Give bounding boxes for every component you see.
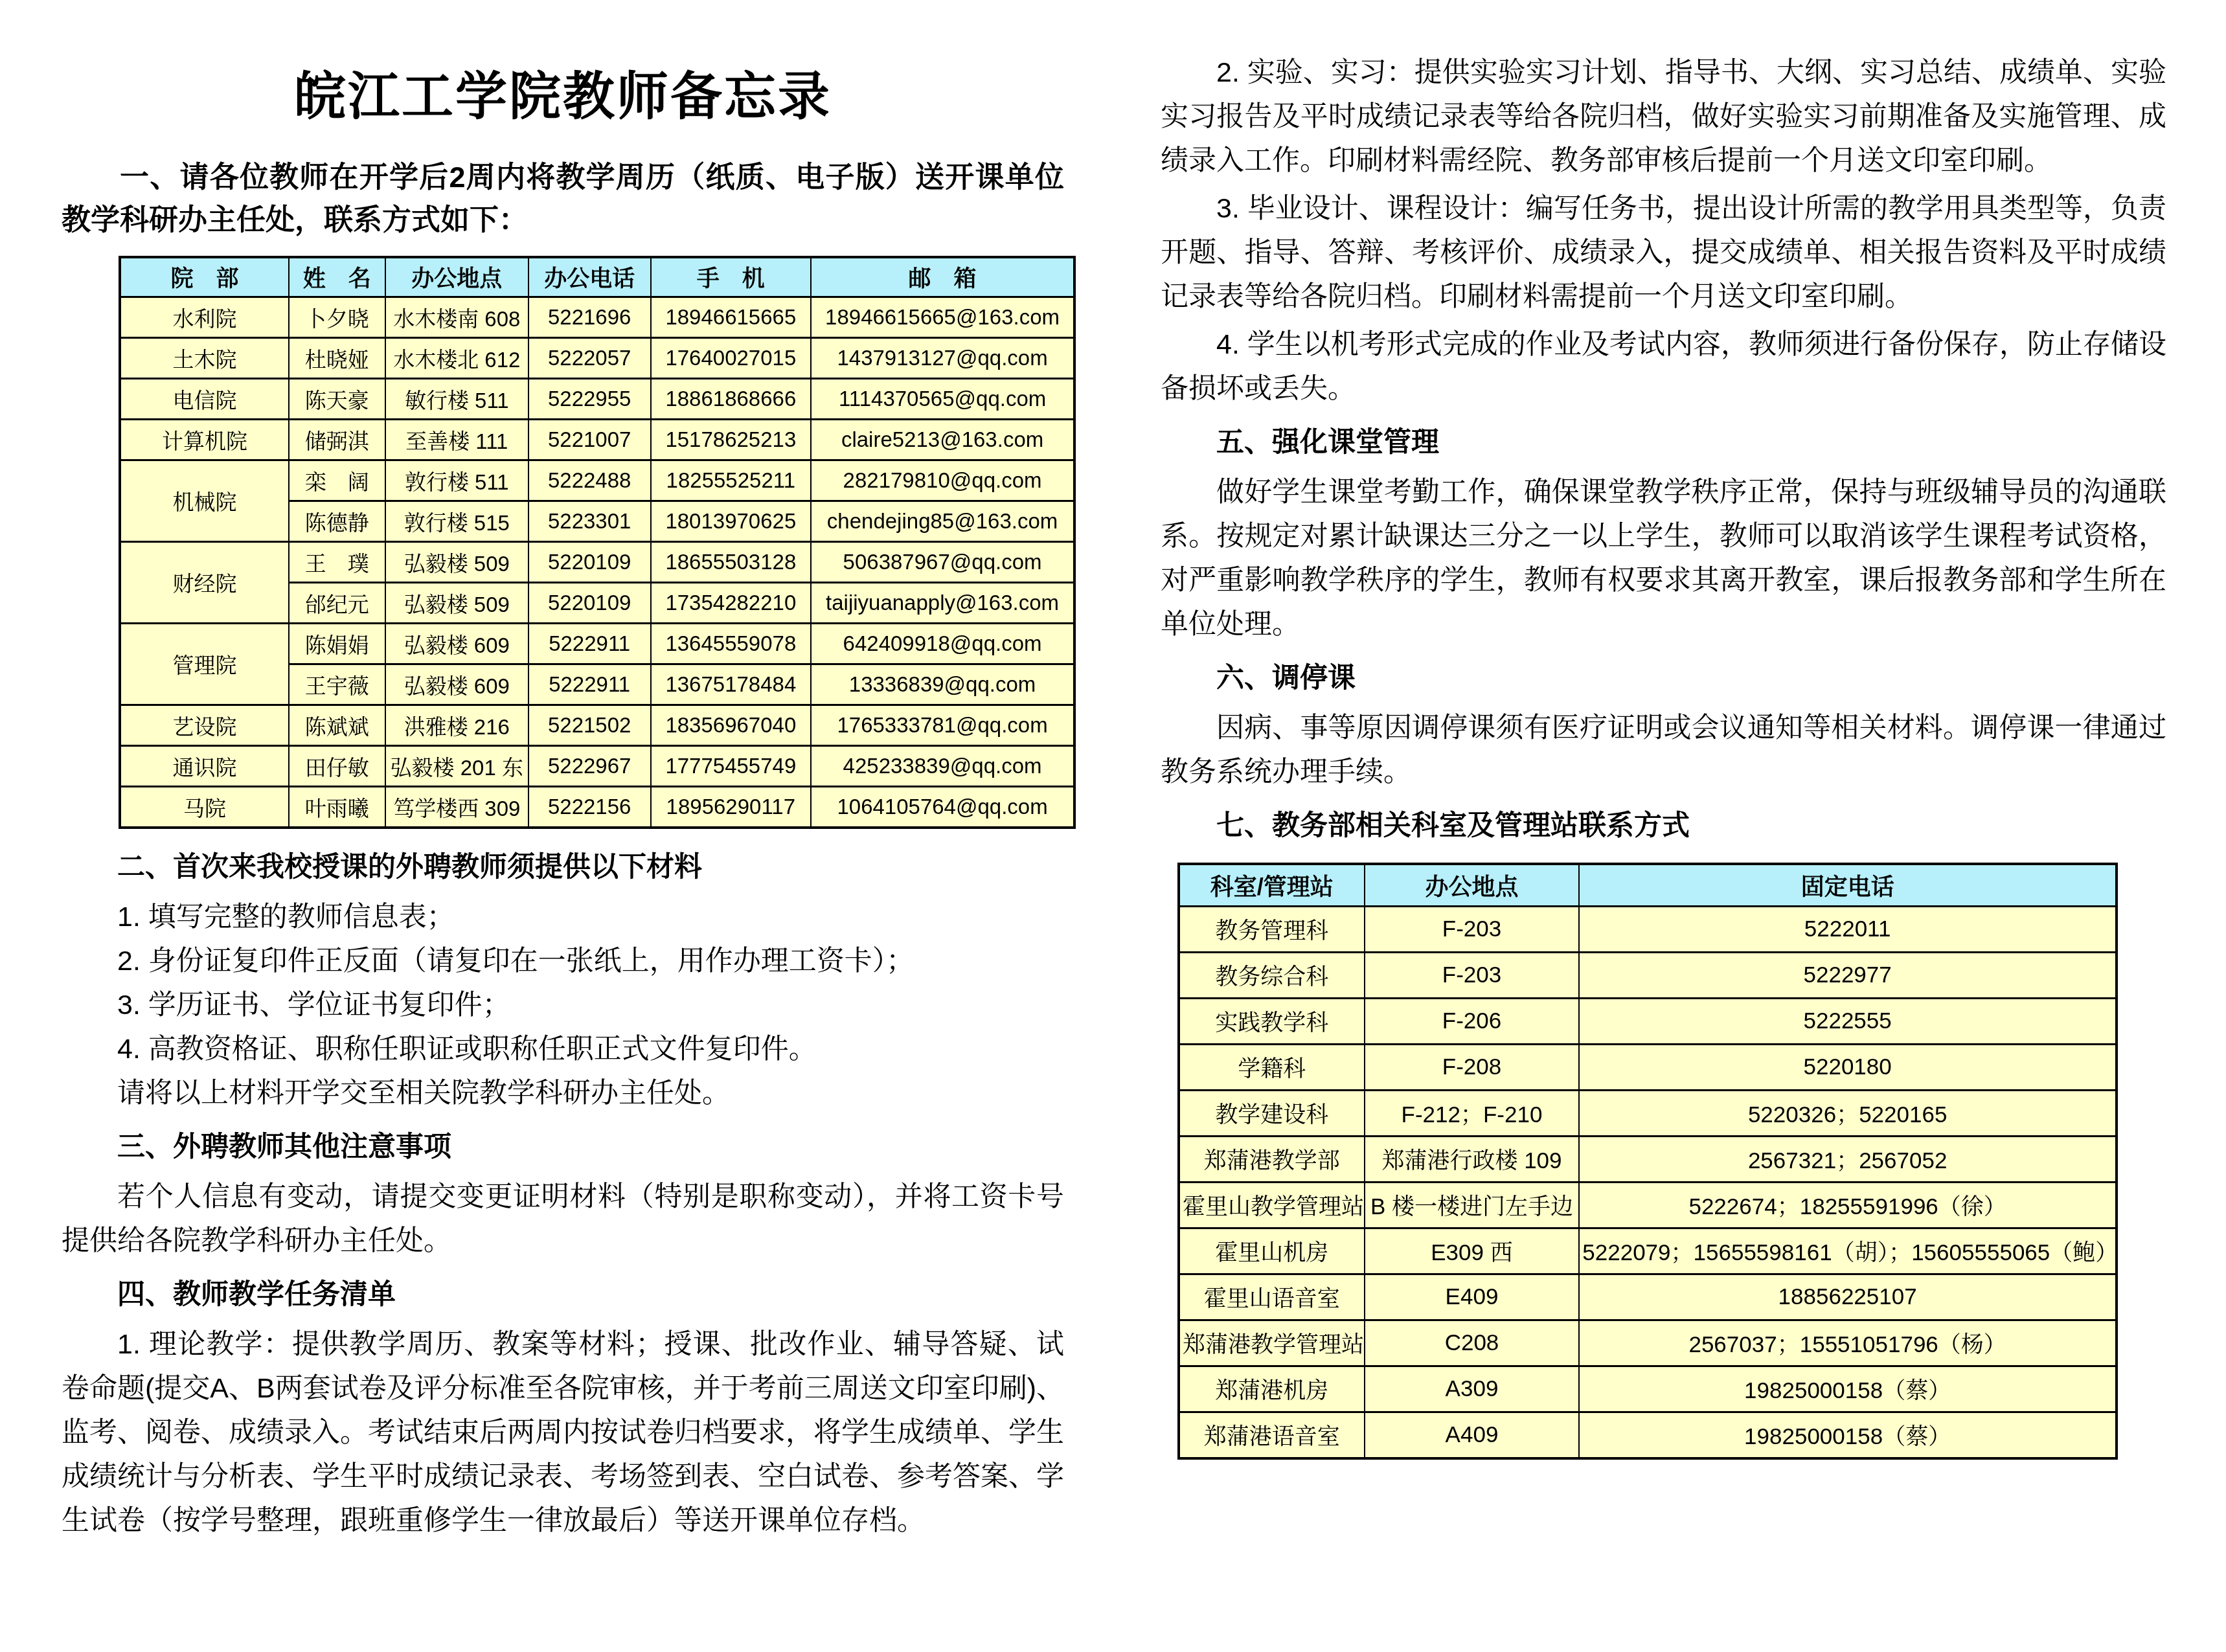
table-cell: 5222057: [528, 338, 651, 379]
contact-header-row: 院 部姓 名办公地点办公电话手 机邮 箱: [120, 257, 1074, 297]
table-cell: 水木楼北 612: [385, 338, 528, 379]
table-cell: 5221007: [528, 420, 651, 460]
column-header: 办公地点: [1365, 864, 1580, 907]
table-cell: 282179810@qq.com: [811, 460, 1074, 501]
table-cell: F-203: [1365, 907, 1580, 953]
table-cell: 计算机院: [120, 420, 289, 460]
table-cell: 5223301: [528, 501, 651, 542]
table-cell: 18856225107: [1579, 1274, 2117, 1320]
section2-heading: 二、首次来我校授课的外聘教师须提供以下材料: [62, 844, 1064, 890]
table-cell: 弘毅楼 201 东: [385, 746, 528, 787]
table-cell: 敦行楼 515: [385, 501, 528, 542]
table-row: 计算机院储弼淇至善楼 111522100715178625213claire52…: [120, 420, 1074, 460]
table-row: 郑蒲港机房A30919825000158（蔡）: [1179, 1366, 2117, 1412]
table-cell: A409: [1365, 1412, 1580, 1459]
table-cell: 18013970625: [651, 501, 812, 542]
table-cell: 邰纪元: [289, 583, 385, 624]
table-cell: 13675178484: [651, 664, 812, 705]
table-cell: 5220109: [528, 542, 651, 583]
table-cell: 郑蒲港教学部: [1179, 1137, 1365, 1182]
table-cell: 管理院: [120, 624, 289, 705]
table-row: 霍里山教学管理站B 楼一楼进门左手边5222674；18255591996（徐）: [1179, 1182, 2117, 1228]
table-cell: 18946615665: [651, 297, 812, 338]
table-row: 郑蒲港语音室A40919825000158（蔡）: [1179, 1412, 2117, 1459]
table-cell: 教务管理科: [1179, 907, 1365, 953]
column-header: 邮 箱: [811, 257, 1074, 297]
table-cell: 5220326；5220165: [1579, 1091, 2117, 1137]
table-cell: 教学建设科: [1179, 1091, 1365, 1137]
table-cell: 土木院: [120, 338, 289, 379]
table-cell: 弘毅楼 609: [385, 624, 528, 664]
table-cell: 1765333781@qq.com: [811, 705, 1074, 746]
table-cell: 5220180: [1579, 1045, 2117, 1091]
table-row: 郑蒲港教学管理站C2082567037；15551051796（杨）: [1179, 1320, 2117, 1366]
table-cell: 洪雅楼 216: [385, 705, 528, 746]
table-cell: 陈斌斌: [289, 705, 385, 746]
table-cell: 马院: [120, 787, 289, 828]
section3-paragraph: 若个人信息有变动，请提交变更证明材料（特别是职称变动），并将工资卡号提供给各院教…: [62, 1175, 1064, 1263]
table-cell: 15178625213: [651, 420, 812, 460]
table-cell: 财经院: [120, 542, 289, 624]
table-row: 教务综合科F-2035222977: [1179, 953, 2117, 999]
table-cell: 2567321；2567052: [1579, 1137, 2117, 1182]
section5-heading: 五、强化课堂管理: [1161, 420, 2166, 465]
table-cell: 霍里山教学管理站: [1179, 1182, 1365, 1228]
table-cell: 425233839@qq.com: [811, 746, 1074, 787]
table-cell: 弘毅楼 609: [385, 664, 528, 705]
left-column: 皖江工学院教师备忘录 一、请各位教师在开学后2周内将教学周历（纸质、电子版）送开…: [62, 51, 1064, 1546]
table-cell: chendejing85@163.com: [811, 501, 1074, 542]
section2-item-1: 1. 填写完整的教师信息表；: [62, 895, 1064, 939]
table-cell: 叶雨曦: [289, 787, 385, 828]
table-row: 马院叶雨曦笃学楼西 309522215618956290117106410576…: [120, 787, 1074, 828]
table-cell: 5222156: [528, 787, 651, 828]
column-header: 固定电话: [1579, 864, 2117, 907]
table-cell: F-208: [1365, 1045, 1580, 1091]
section6-heading: 六、调停课: [1161, 655, 2166, 701]
contact-table-head: 院 部姓 名办公地点办公电话手 机邮 箱: [120, 257, 1074, 297]
table-cell: F-206: [1365, 999, 1580, 1045]
table-cell: 郑蒲港语音室: [1179, 1412, 1365, 1459]
table-row: 霍里山语音室E40918856225107: [1179, 1274, 2117, 1320]
table-cell: 5222011: [1579, 907, 2117, 953]
table-cell: 5222977: [1579, 953, 2117, 999]
table-cell: 506387967@qq.com: [811, 542, 1074, 583]
table-cell: 1437913127@qq.com: [811, 338, 1074, 379]
section2-item-4: 4. 高教资格证、职称任职证或职称任职正式文件复印件。: [62, 1027, 1064, 1071]
table-cell: 18946615665@163.com: [811, 297, 1074, 338]
table-cell: 18655503128: [651, 542, 812, 583]
table-cell: 霍里山语音室: [1179, 1274, 1365, 1320]
table-cell: claire5213@163.com: [811, 420, 1074, 460]
section4-paragraph: 1. 理论教学：提供教学周历、教案等材料；授课、批改作业、辅导答疑、试卷命题(提…: [62, 1322, 1064, 1543]
table-cell: 栾 阔: [289, 460, 385, 501]
table-cell: 弘毅楼 509: [385, 583, 528, 624]
office-table-head: 科室/管理站办公地点固定电话: [1179, 864, 2117, 907]
table-cell: 19825000158（蔡）: [1579, 1412, 2117, 1459]
table-cell: E409: [1365, 1274, 1580, 1320]
table-cell: 18356967040: [651, 705, 812, 746]
table-cell: 17354282210: [651, 583, 812, 624]
table-cell: 陈天豪: [289, 379, 385, 420]
table-cell: 陈德静: [289, 501, 385, 542]
table-row: 土木院杜晓娅水木楼北 61252220571764002701514379131…: [120, 338, 1074, 379]
table-cell: 笃学楼西 309: [385, 787, 528, 828]
table-cell: 5222967: [528, 746, 651, 787]
table-cell: 5222911: [528, 624, 651, 664]
office-header-row: 科室/管理站办公地点固定电话: [1179, 864, 2117, 907]
table-cell: 陈娟娟: [289, 624, 385, 664]
page-title: 皖江工学院教师备忘录: [62, 54, 1064, 129]
section2-item-2: 2. 身份证复印件正反面（请复印在一张纸上，用作办理工资卡）；: [62, 939, 1064, 983]
table-row: 学籍科F-2085220180: [1179, 1045, 2117, 1091]
table-cell: 艺设院: [120, 705, 289, 746]
intro-paragraph: 一、请各位教师在开学后2周内将教学周历（纸质、电子版）送开课单位教学科研办主任处…: [62, 156, 1064, 242]
table-cell: F-203: [1365, 953, 1580, 999]
table-cell: 田仔敏: [289, 746, 385, 787]
contact-table: 院 部姓 名办公地点办公电话手 机邮 箱 水利院卜夕晓水木楼南 60852216…: [119, 256, 1076, 829]
table-cell: B 楼一楼进门左手边: [1365, 1182, 1580, 1228]
contact-table-body: 水利院卜夕晓水木楼南 60852216961894661566518946615…: [120, 297, 1074, 828]
table-cell: 2567037；15551051796（杨）: [1579, 1320, 2117, 1366]
table-row: 霍里山机房E309 西5222079；15655598161（胡）；156055…: [1179, 1228, 2117, 1274]
table-cell: 5221502: [528, 705, 651, 746]
table-cell: 敏行楼 511: [385, 379, 528, 420]
office-table: 科室/管理站办公地点固定电话 教务管理科F-2035222011教务综合科F-2…: [1177, 863, 2118, 1460]
column-header: 院 部: [120, 257, 289, 297]
table-row: 电信院陈天豪敏行楼 511522295518861868666111437056…: [120, 379, 1074, 420]
table-cell: 通识院: [120, 746, 289, 787]
table-cell: 19825000158（蔡）: [1579, 1366, 2117, 1412]
table-cell: A309: [1365, 1366, 1580, 1412]
table-cell: 1064105764@qq.com: [811, 787, 1074, 828]
table-cell: 13336839@qq.com: [811, 664, 1074, 705]
table-cell: 王宇薇: [289, 664, 385, 705]
table-cell: 学籍科: [1179, 1045, 1365, 1091]
table-cell: 电信院: [120, 379, 289, 420]
task-item-4-paragraph: 4. 学生以机考形式完成的作业及考试内容，教师须进行备份保存，防止存储设备损坏或…: [1161, 322, 2166, 411]
table-cell: E309 西: [1365, 1228, 1580, 1274]
section7-heading: 七、教务部相关科室及管理站联系方式: [1161, 803, 2166, 848]
right-column: 2. 实验、实习：提供实验实习计划、指导书、大纲、实习总结、成绩单、实验实习报告…: [1161, 51, 2166, 1460]
column-header: 办公电话: [528, 257, 651, 297]
table-cell: 642409918@qq.com: [811, 624, 1074, 664]
table-row: 管理院陈娟娟弘毅楼 609522291113645559078642409918…: [120, 624, 1074, 664]
table-row: 教务管理科F-2035222011: [1179, 907, 2117, 953]
section2-note: 请将以上材料开学交至相关院教学科研办主任处。: [62, 1071, 1064, 1115]
table-row: 机械院栾 阔敦行楼 511522248818255525211282179810…: [120, 460, 1074, 501]
table-cell: 1114370565@qq.com: [811, 379, 1074, 420]
column-header: 办公地点: [385, 257, 528, 297]
table-cell: 弘毅楼 509: [385, 542, 528, 583]
table-cell: 5222488: [528, 460, 651, 501]
table-cell: 18956290117: [651, 787, 812, 828]
column-header: 手 机: [651, 257, 812, 297]
table-row: 艺设院陈斌斌洪雅楼 216522150218356967040176533378…: [120, 705, 1074, 746]
table-row: 郑蒲港教学部郑蒲港行政楼 1092567321；2567052: [1179, 1137, 2117, 1182]
table-cell: 17775455749: [651, 746, 812, 787]
document-page: 皖江工学院教师备忘录 一、请各位教师在开学后2周内将教学周历（纸质、电子版）送开…: [0, 0, 2226, 1652]
table-cell: 13645559078: [651, 624, 812, 664]
section2-item-3: 3. 学历证书、学位证书复印件；: [62, 983, 1064, 1027]
table-cell: C208: [1365, 1320, 1580, 1366]
table-cell: 郑蒲港行政楼 109: [1365, 1137, 1580, 1182]
table-cell: 5222079；15655598161（胡）；15605555065（鲍）: [1579, 1228, 2117, 1274]
section4-heading: 四、教师教学任务清单: [62, 1272, 1064, 1317]
table-cell: 敦行楼 511: [385, 460, 528, 501]
table-cell: 王 璞: [289, 542, 385, 583]
task-item-2-paragraph: 2. 实验、实习：提供实验实习计划、指导书、大纲、实习总结、成绩单、实验实习报告…: [1161, 51, 2166, 183]
table-cell: 5221696: [528, 297, 651, 338]
task-item-3-paragraph: 3. 毕业设计、课程设计：编写任务书，提出设计所需的教学用具类型等，负责开题、指…: [1161, 187, 2166, 319]
section5-paragraph: 做好学生课堂考勤工作，确保课堂教学秩序正常，保持与班级辅导员的沟通联系。按规定对…: [1161, 470, 2166, 646]
table-cell: 5222955: [528, 379, 651, 420]
table-row: 教学建设科F-212；F-2105220326；5220165: [1179, 1091, 2117, 1137]
table-cell: taijiyuanapply@163.com: [811, 583, 1074, 624]
column-header: 科室/管理站: [1179, 864, 1365, 907]
table-cell: 18255525211: [651, 460, 812, 501]
table-cell: 杜晓娅: [289, 338, 385, 379]
table-cell: 卜夕晓: [289, 297, 385, 338]
table-cell: 教务综合科: [1179, 953, 1365, 999]
table-cell: 霍里山机房: [1179, 1228, 1365, 1274]
table-cell: 储弼淇: [289, 420, 385, 460]
table-cell: 郑蒲港机房: [1179, 1366, 1365, 1412]
table-cell: F-212；F-210: [1365, 1091, 1580, 1137]
table-cell: 5222555: [1579, 999, 2117, 1045]
table-cell: 郑蒲港教学管理站: [1179, 1320, 1365, 1366]
table-cell: 5222911: [528, 664, 651, 705]
office-table-body: 教务管理科F-2035222011教务综合科F-2035222977实践教学科F…: [1179, 907, 2117, 1459]
table-cell: 水木楼南 608: [385, 297, 528, 338]
table-cell: 水利院: [120, 297, 289, 338]
column-header: 姓 名: [289, 257, 385, 297]
table-row: 财经院王 璞弘毅楼 509522010918655503128506387967…: [120, 542, 1074, 583]
table-cell: 机械院: [120, 460, 289, 542]
table-cell: 5222674；18255591996（徐）: [1579, 1182, 2117, 1228]
section6-paragraph: 因病、事等原因调停课须有医疗证明或会议通知等相关材料。调停课一律通过教务系统办理…: [1161, 706, 2166, 794]
table-cell: 17640027015: [651, 338, 812, 379]
table-cell: 实践教学科: [1179, 999, 1365, 1045]
table-cell: 18861868666: [651, 379, 812, 420]
table-row: 水利院卜夕晓水木楼南 60852216961894661566518946615…: [120, 297, 1074, 338]
table-cell: 至善楼 111: [385, 420, 528, 460]
table-row: 通识院田仔敏弘毅楼 201 东5222967177754557494252338…: [120, 746, 1074, 787]
table-row: 实践教学科F-2065222555: [1179, 999, 2117, 1045]
table-cell: 5220109: [528, 583, 651, 624]
section3-heading: 三、外聘教师其他注意事项: [62, 1124, 1064, 1170]
